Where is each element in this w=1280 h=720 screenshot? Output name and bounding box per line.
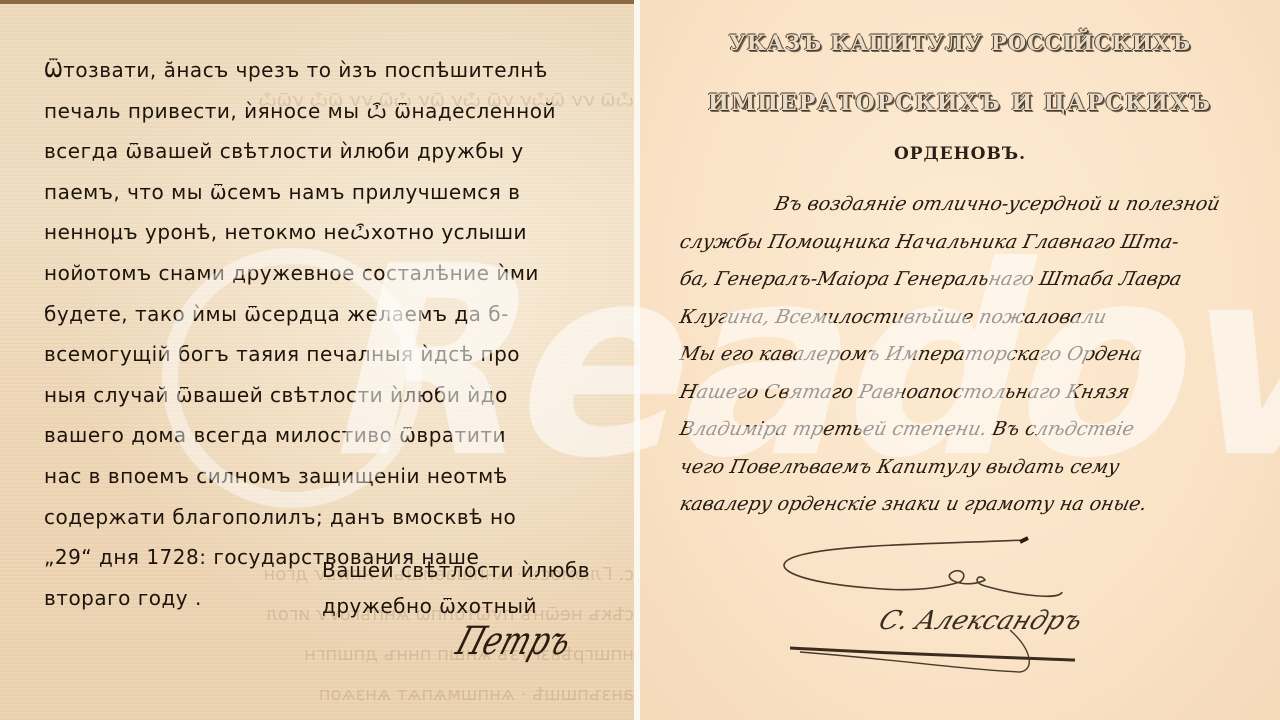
manuscript-line: Ѿтозвати, ӑнасъ чрезъ то ѝзъ поспѣшителн… xyxy=(44,50,634,91)
decree-title-line: ОРДЕНОВЪ. xyxy=(640,144,1280,164)
decree-title-line: УКАЗЪ КАПИТУЛУ РОССІЙСКИХЪ xyxy=(640,30,1280,55)
manuscript-body: Ѿтозвати, ӑнасъ чрезъ то ѝзъ поспѣшителн… xyxy=(44,50,634,618)
decree-line: ба, Генералъ-Маіора Генеральнаго Штаба Л… xyxy=(676,261,1264,299)
decree-body: Въ воздаяніе отлично-усердной и полезной… xyxy=(680,186,1260,524)
manuscript-closing: Вашей свѣтлости ѝлюбв дружебно ѿхотный xyxy=(322,552,634,624)
manuscript-line: содержати благополилъ; данъ вмосквѣ но xyxy=(44,497,634,538)
decree-line: Въ воздаяніе отлично-усердной и полезной xyxy=(676,186,1264,224)
manuscript-line: вашего дома всегда милостиво ѿвратити xyxy=(44,415,634,456)
decree-line: кавалеру орденскіе знаки и грамоту на он… xyxy=(676,486,1264,524)
closing-line: Вашей свѣтлости ѝлюбв xyxy=(322,552,634,588)
decree-line: чего Повелѣваемъ Капитулу выдать сему xyxy=(676,449,1264,487)
decree-line: Клугина, Всемилостивѣйше пожаловали xyxy=(676,299,1264,337)
decree-line: службы Помощника Начальника Главнаго Шта… xyxy=(676,224,1264,262)
manuscript-line: паемъ, что мы ѿсемъ намъ прилучшемся в xyxy=(44,172,634,213)
manuscript-line: нойотомъ снами дружевное состалѣние ѝми xyxy=(44,253,634,294)
peter-signature: Петръ xyxy=(451,619,577,665)
manuscript-line: будете, тако ѝмы ѿсердца желаемъ да б- xyxy=(44,294,634,335)
bleed-through-text: анзъпшшѣ · ѧнпшмѧпѧт ѧнзѧоп xyxy=(0,684,634,705)
decree-line: Мы его кавалеромъ Императорскаго Ордена xyxy=(676,336,1264,374)
decree-line: Нашего Святаго Равноапостольнаго Князя xyxy=(676,374,1264,412)
manuscript-line: печаль привести, ѝяносе мы ѽ ѿнадесленно… xyxy=(44,91,634,132)
manuscript-line: неннομъ уронѣ, нетокмо неѽхотно услыши xyxy=(44,212,634,253)
left-manuscript-page: ѽѿ ѵѵ ѿѽѵ ѵѿ ѽѵ ѿѵ ѽѿ ѵѵ ѿѽ ѵѿѽ с. Глюмо… xyxy=(0,0,634,720)
decree-line: Владиміра третьей степени. Въ слѣдствіе xyxy=(676,411,1264,449)
alexander-signature: С. Александръ xyxy=(875,606,1087,636)
manuscript-line: всегда ѿвашей свѣтлости ѝлюби дружбы у xyxy=(44,131,634,172)
decree-title-line: ИМПЕРАТОРСКИХЪ И ЦАРСКИХЪ xyxy=(640,90,1280,116)
manuscript-line: всемогущій богъ таяия печалныя ѝдсѣ про xyxy=(44,334,634,375)
manuscript-line: ныя случай ѿвашей свѣтлости ѝлюби ѝдо xyxy=(44,375,634,416)
manuscript-line: нас в впоемъ силномъ защищенiи неотмѣ xyxy=(44,456,634,497)
